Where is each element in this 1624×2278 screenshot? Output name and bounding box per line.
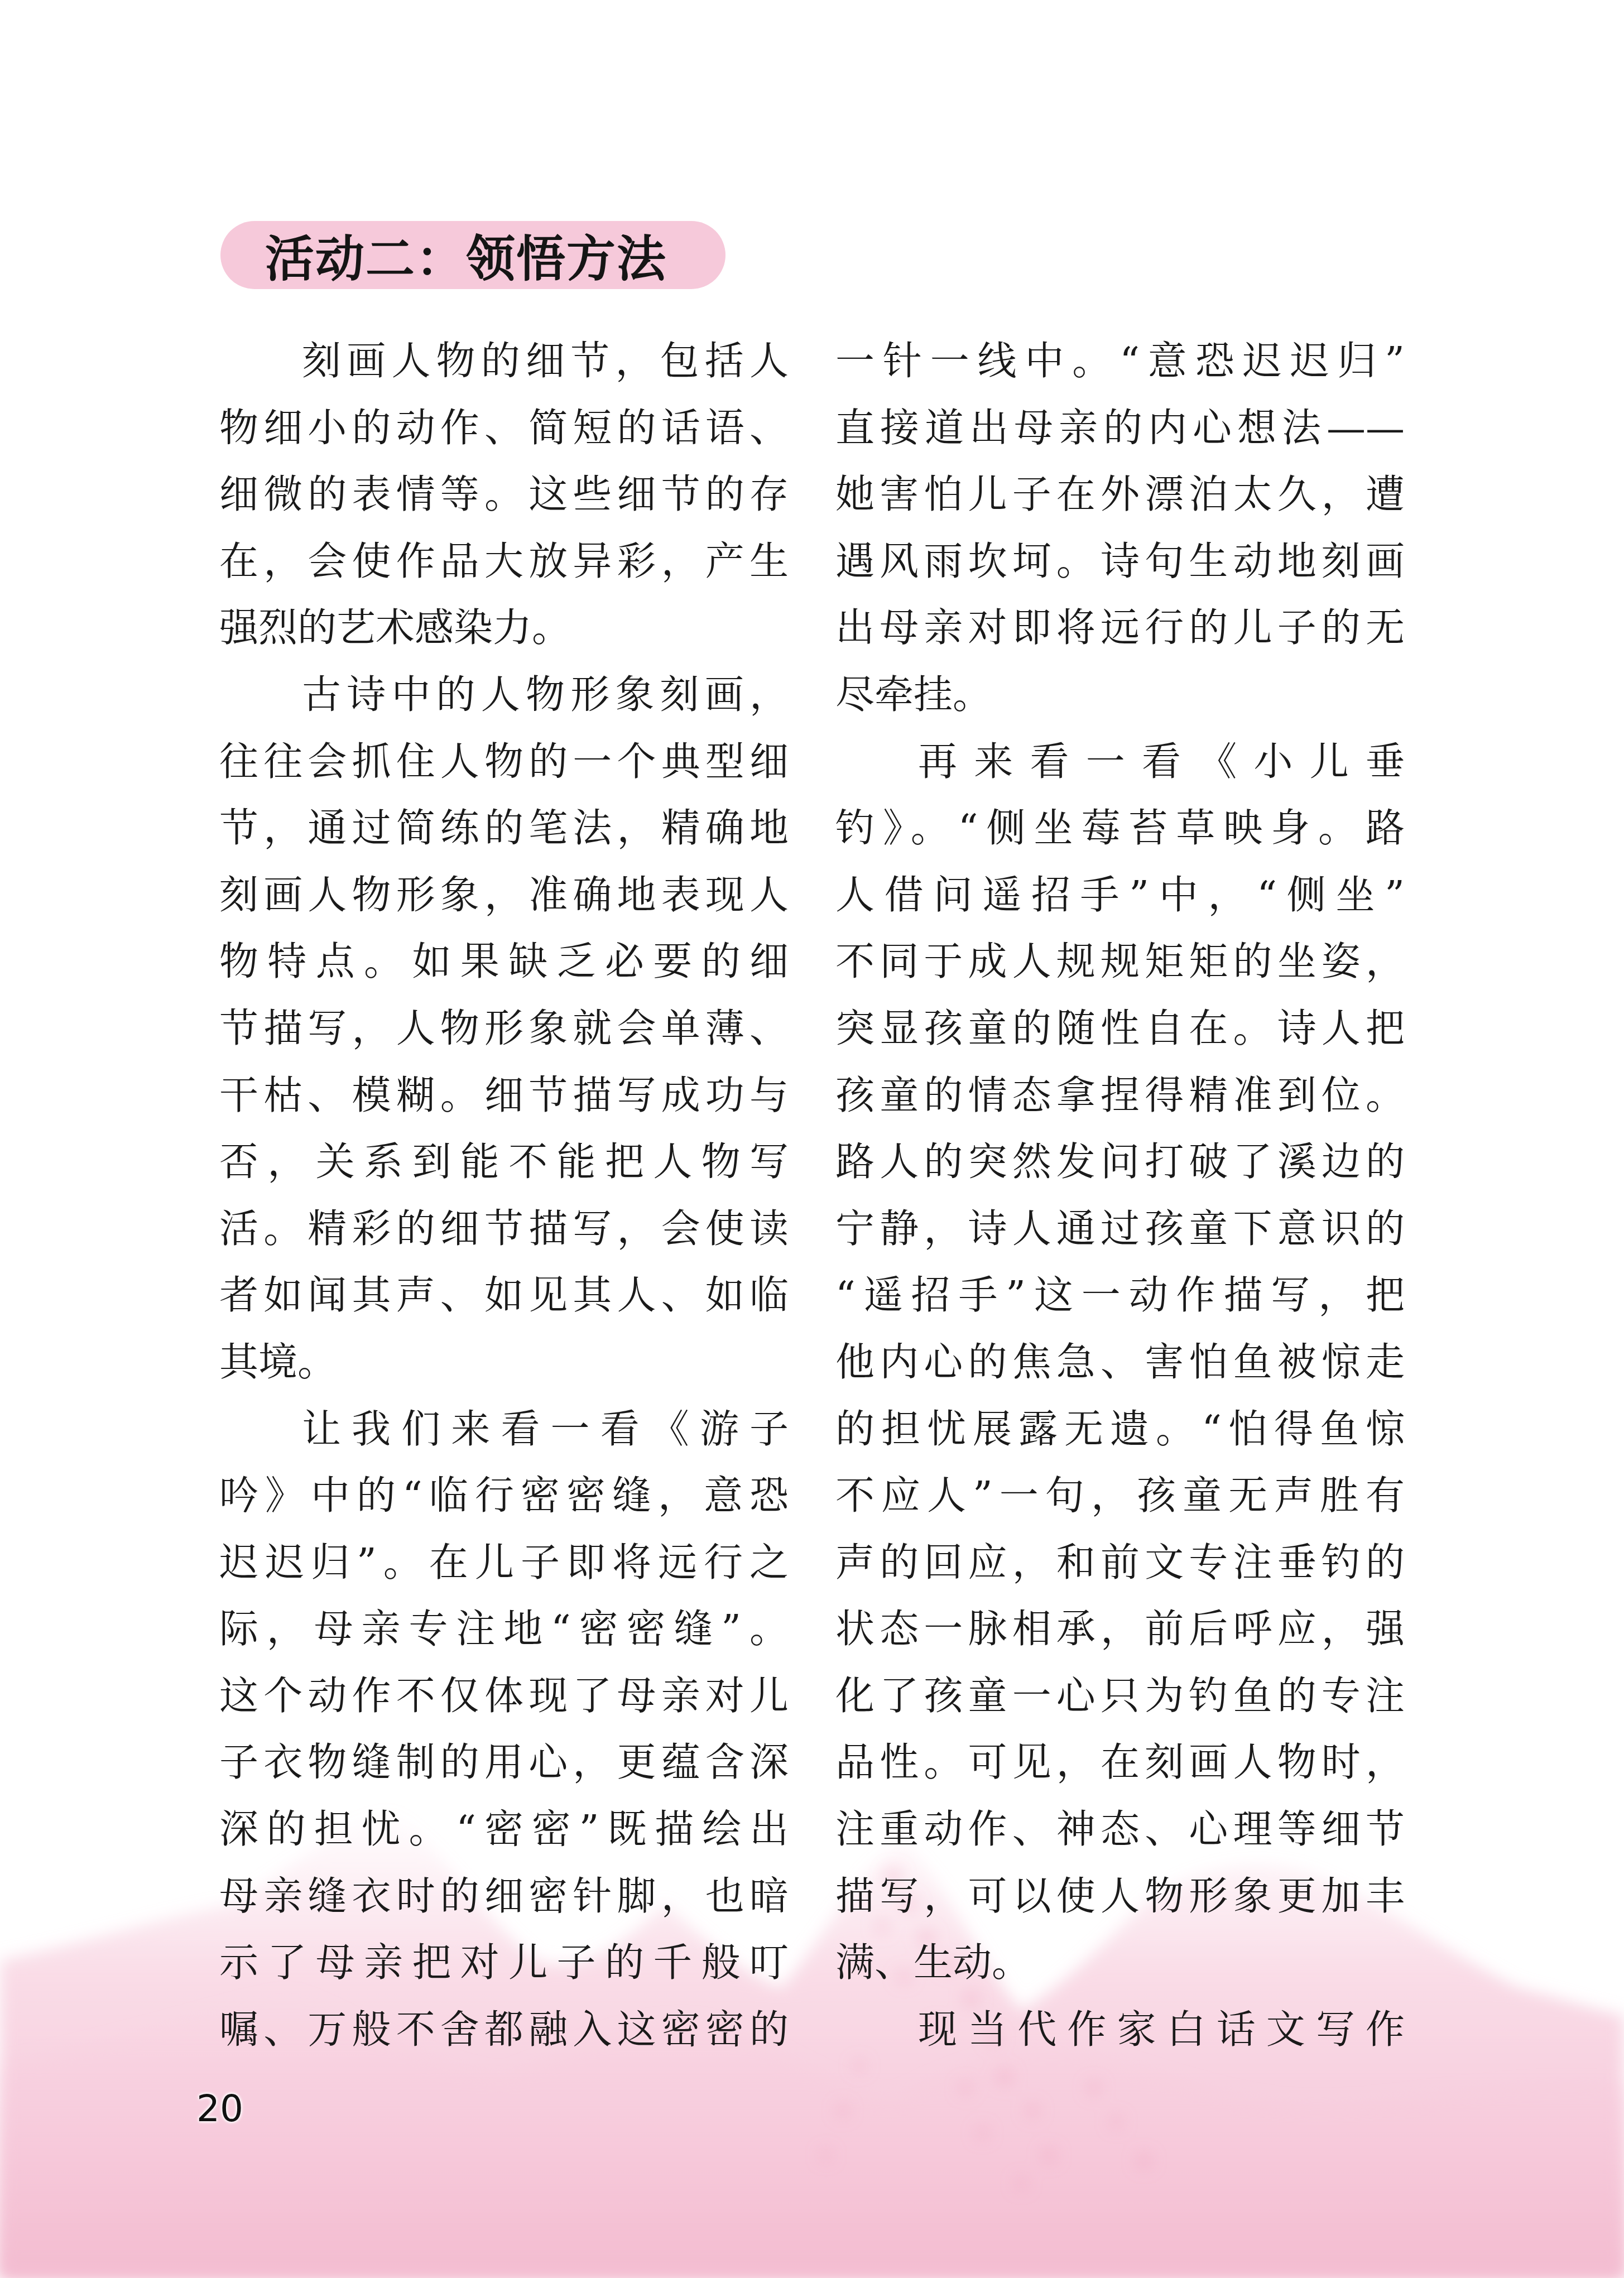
text-line: 宁静，诗人通过孩童下意识的 [835, 1196, 1405, 1263]
text-line: 让我们来看一看《游子 [219, 1396, 789, 1463]
text-line: 母亲缝衣时的细密针脚，也暗 [219, 1863, 789, 1930]
text-line: 刻画人物的细节，包括人 [219, 328, 789, 395]
text-line: 在，会使作品大放异彩，产生 [219, 528, 789, 595]
text-line: 往往会抓住人物的一个典型细 [219, 729, 789, 796]
text-line: 声的回应，和前文专注垂钓的 [835, 1530, 1405, 1597]
text-line: 刻画人物形象，准确地表现人 [219, 862, 789, 929]
text-line: 子衣物缝制的用心，更蕴含深 [219, 1729, 789, 1796]
section-title: 活动二：领悟方法 [265, 220, 667, 290]
text-line: 钓》。“侧坐莓苔草映身。路 [835, 795, 1405, 862]
text-line: 不同于成人规规矩矩的坐姿， [835, 929, 1405, 996]
text-line: 的担忧展露无遗。“怕得鱼惊 [835, 1396, 1405, 1463]
text-line: 强烈的艺术感染力。 [219, 595, 789, 662]
text-line: 细微的表情等。这些细节的存 [219, 462, 789, 528]
text-line: 满、生动。 [835, 1930, 1405, 1997]
text-line: 现当代作家白话文写作 [835, 1997, 1405, 2064]
text-line: 状态一脉相承，前后呼应，强 [835, 1596, 1405, 1663]
section-title-badge: 活动二：领悟方法 [220, 221, 725, 289]
text-line: 这个动作不仅体现了母亲对儿 [219, 1663, 789, 1730]
text-line: 化了孩童一心只为钓鱼的专注 [835, 1663, 1405, 1730]
text-line: 节，通过简练的笔法，精确地 [219, 795, 789, 862]
page-number: 20 [196, 2087, 243, 2130]
text-line: 不应人”一句，孩童无声胜有 [835, 1463, 1405, 1530]
text-line: 否，关系到能不能把人物写 [219, 1129, 789, 1196]
text-line: 再来看一看《小儿垂 [835, 729, 1405, 796]
text-line: 其境。 [219, 1329, 789, 1396]
right-text-column: 一针一线中。“意恐迟迟归” 直接道出母亲的内心想法—— 她害怕儿子在外漂泊太久，… [835, 328, 1405, 2063]
text-line: 人借问遥招手”中，“侧坐” [835, 862, 1405, 929]
text-line: 迟迟归”。在儿子即将远行之 [219, 1530, 789, 1597]
text-line: 尽牵挂。 [835, 662, 1405, 729]
text-line: 品性。可见，在刻画人物时， [835, 1729, 1405, 1796]
text-line: 物特点。如果缺乏必要的细 [219, 929, 789, 996]
text-line: 直接道出母亲的内心想法—— [835, 395, 1405, 462]
text-line: 出母亲对即将远行的儿子的无 [835, 595, 1405, 662]
text-line: 遇风雨坎坷。诗句生动地刻画 [835, 528, 1405, 595]
text-line: 深的担忧。“密密”既描绘出 [219, 1796, 789, 1863]
text-line: 活。精彩的细节描写，会使读 [219, 1196, 789, 1263]
text-line: 嘱、万般不舍都融入这密密的 [219, 1997, 789, 2064]
text-line: 他内心的焦急、害怕鱼被惊走 [835, 1329, 1405, 1396]
text-line: 干枯、模糊。细节描写成功与 [219, 1063, 789, 1130]
text-line: 物细小的动作、简短的话语、 [219, 395, 789, 462]
text-line: 吟》中的“临行密密缝，意恐 [219, 1463, 789, 1530]
text-line: 她害怕儿子在外漂泊太久，遭 [835, 462, 1405, 528]
text-line: 古诗中的人物形象刻画， [219, 662, 789, 729]
left-text-column: 刻画人物的细节，包括人 物细小的动作、简短的话语、 细微的表情等。这些细节的存 … [219, 328, 789, 2063]
text-line: 突显孩童的随性自在。诗人把 [835, 996, 1405, 1063]
text-line: 路人的突然发问打破了溪边的 [835, 1129, 1405, 1196]
text-line: 描写，可以使人物形象更加丰 [835, 1863, 1405, 1930]
text-line: 示了母亲把对儿子的千般叮 [219, 1930, 789, 1997]
text-line: 注重动作、神态、心理等细节 [835, 1796, 1405, 1863]
text-line: 节描写，人物形象就会单薄、 [219, 996, 789, 1063]
text-line: 者如闻其声、如见其人、如临 [219, 1262, 789, 1329]
text-line: 际，母亲专注地“密密缝”。 [219, 1596, 789, 1663]
text-line: “遥招手”这一动作描写，把 [835, 1262, 1405, 1329]
text-line: 一针一线中。“意恐迟迟归” [835, 328, 1405, 395]
text-line: 孩童的情态拿捏得精准到位。 [835, 1063, 1405, 1130]
